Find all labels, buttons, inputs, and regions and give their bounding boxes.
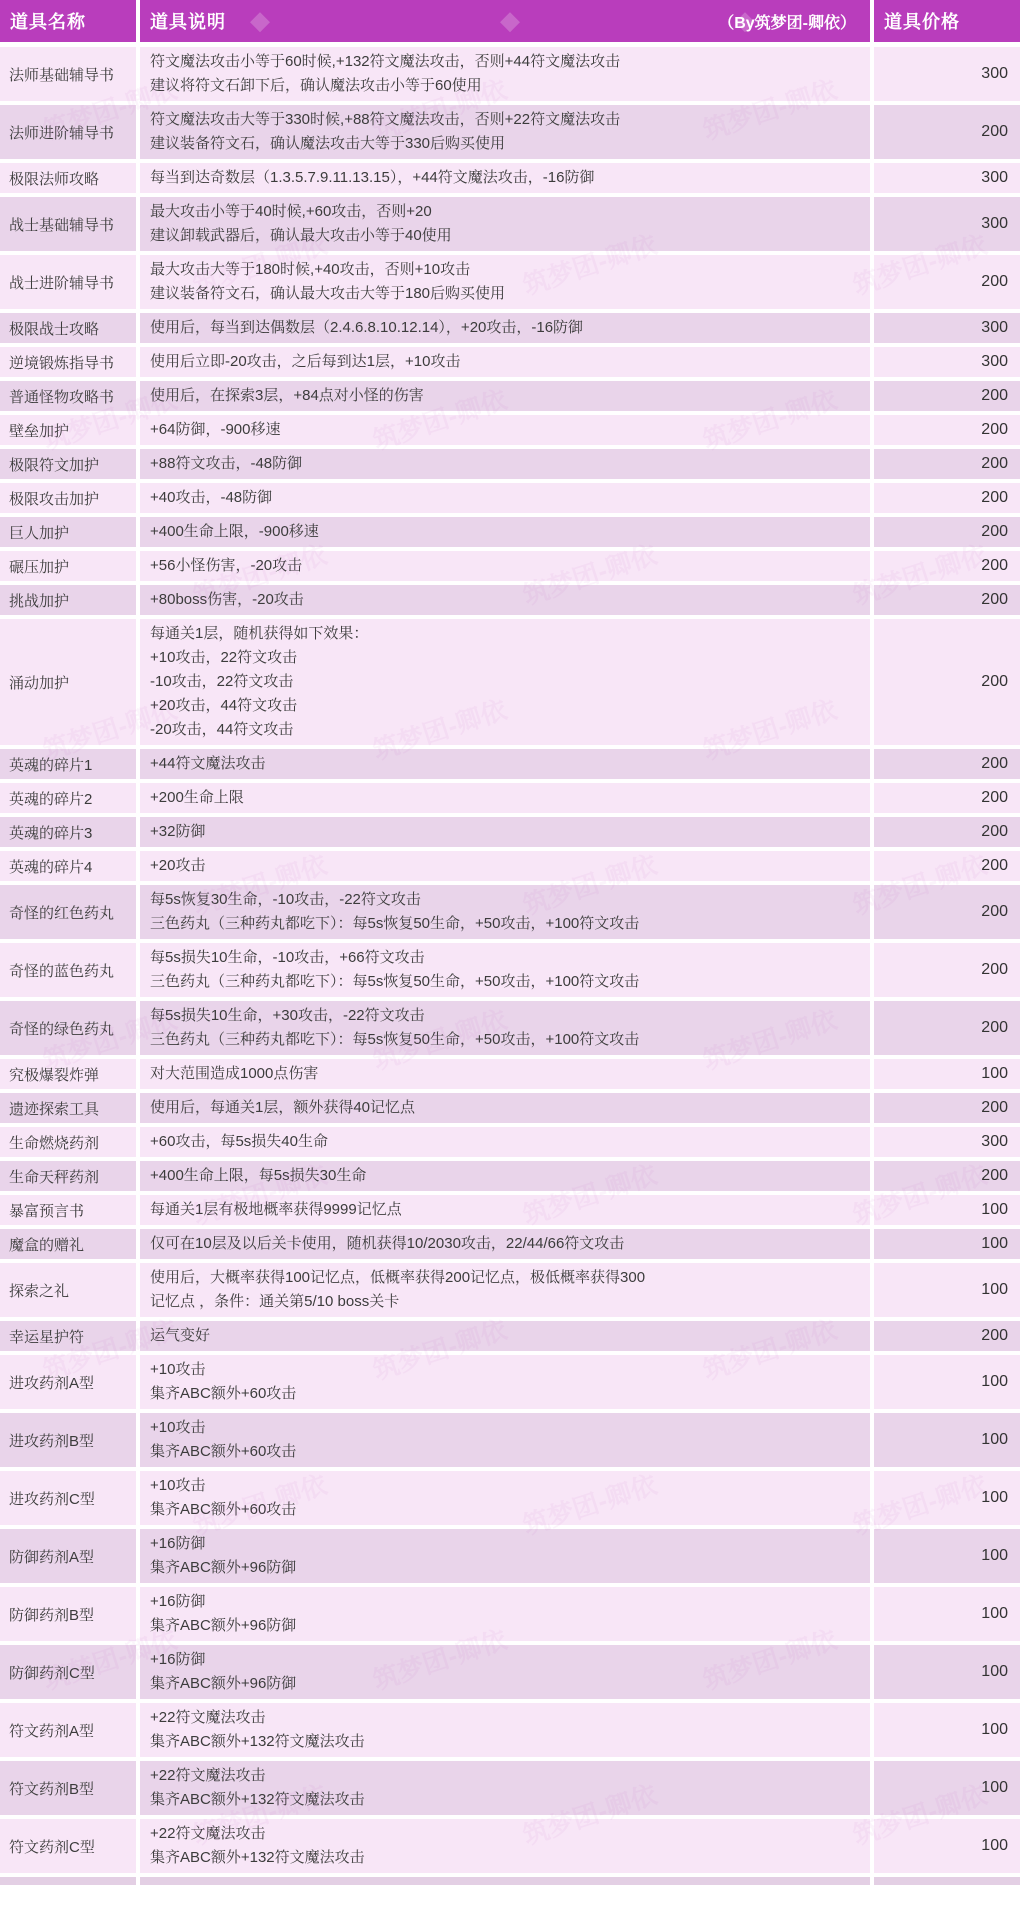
- table-row: 英魂的碎片2+200生命上限200: [0, 783, 1020, 813]
- item-name: 挑战加护: [0, 585, 136, 615]
- table-row: 法师基础辅导书符文魔法攻击小等于60时候,+132符文魔法攻击，否则+44符文魔…: [0, 47, 1020, 101]
- item-description: +32防御: [140, 817, 870, 847]
- item-description: 每5s恢复30生命，-10攻击，-22符文攻击三色药丸（三种药丸都吃下）：每5s…: [140, 885, 870, 939]
- item-description-line: -10攻击，22符文攻击: [150, 670, 860, 694]
- table-row: 英魂的碎片4+20攻击200: [0, 851, 1020, 881]
- item-description-line: 每通关1层有极地概率获得9999记忆点: [150, 1198, 860, 1222]
- table-row: 极限战士攻略使用后，每当到达偶数层（2.4.6.8.10.12.14），+20攻…: [0, 313, 1020, 343]
- item-name: 涌动加护: [0, 619, 136, 745]
- item-description-line: +60攻击，每5s损失40生命: [150, 1130, 860, 1154]
- item-price: 100: [874, 1229, 1020, 1259]
- item-description-line: +64防御，-900移速: [150, 418, 860, 442]
- item-description: 使用后，大概率获得100记忆点，低概率获得200记忆点，极低概率获得300记忆点…: [140, 1263, 870, 1317]
- item-description-line: 仅可在10层及以后关卡使用，随机获得10/2030攻击，22/44/66符文攻击: [150, 1232, 860, 1256]
- item-price-table-page: 道具名称 道具说明 （By筑梦团-卿依） 道具价格 法师基础辅导书符文魔法攻击小…: [0, 0, 1020, 1885]
- item-name: 符文药剂B型: [0, 1761, 136, 1815]
- item-description: +10攻击集齐ABC额外+60攻击: [140, 1413, 870, 1467]
- cutoff-price-cell: [874, 1877, 1020, 1885]
- item-price: 200: [874, 1321, 1020, 1351]
- item-description-line: +10攻击，22符文攻击: [150, 646, 860, 670]
- item-name: 逆境锻炼指导书: [0, 347, 136, 377]
- table-row: 幸运星护符运气变好200: [0, 1321, 1020, 1351]
- item-description-line: +16防御: [150, 1590, 860, 1614]
- item-name: 防御药剂B型: [0, 1587, 136, 1641]
- item-description: +22符文魔法攻击集齐ABC额外+132符文魔法攻击: [140, 1703, 870, 1757]
- item-name: 奇怪的绿色药丸: [0, 1001, 136, 1055]
- item-name: 普通怪物攻略书: [0, 381, 136, 411]
- item-name: 英魂的碎片1: [0, 749, 136, 779]
- item-name: 符文药剂A型: [0, 1703, 136, 1757]
- table-row: 魔盒的赠礼仅可在10层及以后关卡使用，随机获得10/2030攻击，22/44/6…: [0, 1229, 1020, 1259]
- item-description: +88符文攻击，-48防御: [140, 449, 870, 479]
- item-name: 英魂的碎片2: [0, 783, 136, 813]
- item-description: 使用后，每通关1层，额外获得40记忆点: [140, 1093, 870, 1123]
- item-price: 100: [874, 1263, 1020, 1317]
- item-price: 300: [874, 313, 1020, 343]
- item-price: 200: [874, 551, 1020, 581]
- item-description-line: 集齐ABC额外+132符文魔法攻击: [150, 1846, 860, 1870]
- item-name: 壁垒加护: [0, 415, 136, 445]
- item-price: 100: [874, 1059, 1020, 1089]
- item-description-line: 最大攻击小等于40时候,+60攻击，否则+20: [150, 200, 860, 224]
- table-row: 涌动加护每通关1层，随机获得如下效果：+10攻击，22符文攻击-10攻击，22符…: [0, 619, 1020, 745]
- table-row: 探索之礼使用后，大概率获得100记忆点，低概率获得200记忆点，极低概率获得30…: [0, 1263, 1020, 1317]
- item-description-line: +10攻击: [150, 1474, 860, 1498]
- table-row: 极限攻击加护+40攻击，-48防御200: [0, 483, 1020, 513]
- table-row: 挑战加护+80boss伤害，-20攻击200: [0, 585, 1020, 615]
- table-row: 战士基础辅导书最大攻击小等于40时候,+60攻击，否则+20建议卸载武器后，确认…: [0, 197, 1020, 251]
- item-description-line: +20攻击，44符文攻击: [150, 694, 860, 718]
- table-row: 法师进阶辅导书符文魔法攻击大等于330时候,+88符文魔法攻击，否则+22符文魔…: [0, 105, 1020, 159]
- cutoff-desc-cell: [140, 1877, 870, 1885]
- item-description: +40攻击，-48防御: [140, 483, 870, 513]
- table-row: 战士进阶辅导书最大攻击大等于180时候,+40攻击，否则+10攻击建议装备符文石…: [0, 255, 1020, 309]
- item-description-line: 三色药丸（三种药丸都吃下）：每5s恢复50生命，+50攻击，+100符文攻击: [150, 970, 860, 994]
- table-row: 生命天秤药剂+400生命上限，每5s损失30生命200: [0, 1161, 1020, 1191]
- item-description-line: +20攻击: [150, 854, 860, 878]
- header-item-price: 道具价格: [874, 0, 1020, 42]
- item-description-line: 建议装备符文石，确认魔法攻击大等于330后购买使用: [150, 132, 860, 156]
- item-price: 100: [874, 1413, 1020, 1467]
- item-description-line: 集齐ABC额外+96防御: [150, 1672, 860, 1696]
- item-description: +200生命上限: [140, 783, 870, 813]
- item-description: +22符文魔法攻击集齐ABC额外+132符文魔法攻击: [140, 1761, 870, 1815]
- table-row: 壁垒加护+64防御，-900移速200: [0, 415, 1020, 445]
- item-description-line: 使用后，在探索3层，+84点对小怪的伤害: [150, 384, 860, 408]
- item-description: +10攻击集齐ABC额外+60攻击: [140, 1355, 870, 1409]
- item-description-line: +40攻击，-48防御: [150, 486, 860, 510]
- item-price: 200: [874, 415, 1020, 445]
- table-row: 奇怪的蓝色药丸每5s损失10生命，-10攻击，+66符文攻击三色药丸（三种药丸都…: [0, 943, 1020, 997]
- item-price: 200: [874, 851, 1020, 881]
- item-price: 300: [874, 197, 1020, 251]
- item-name: 魔盒的赠礼: [0, 1229, 136, 1259]
- item-price: 100: [874, 1195, 1020, 1225]
- item-description-line: -20攻击，44符文攻击: [150, 718, 860, 742]
- item-price: 200: [874, 817, 1020, 847]
- item-description: +20攻击: [140, 851, 870, 881]
- item-name: 进攻药剂A型: [0, 1355, 136, 1409]
- table-row: 防御药剂C型+16防御集齐ABC额外+96防御100: [0, 1645, 1020, 1699]
- table-row: 进攻药剂B型+10攻击集齐ABC额外+60攻击100: [0, 1413, 1020, 1467]
- item-description: 每通关1层，随机获得如下效果：+10攻击，22符文攻击-10攻击，22符文攻击+…: [140, 619, 870, 745]
- item-description: 仅可在10层及以后关卡使用，随机获得10/2030攻击，22/44/66符文攻击: [140, 1229, 870, 1259]
- item-description-line: 三色药丸（三种药丸都吃下）：每5s恢复50生命，+50攻击，+100符文攻击: [150, 912, 860, 936]
- item-name: 极限战士攻略: [0, 313, 136, 343]
- item-description: 使用后立即-20攻击，之后每到达1层，+10攻击: [140, 347, 870, 377]
- item-price: 200: [874, 1093, 1020, 1123]
- item-price: 200: [874, 449, 1020, 479]
- table-row: 英魂的碎片1+44符文魔法攻击200: [0, 749, 1020, 779]
- item-description-line: 集齐ABC额外+132符文魔法攻击: [150, 1788, 860, 1812]
- item-description-line: 每通关1层，随机获得如下效果：: [150, 622, 860, 646]
- item-price: 200: [874, 1161, 1020, 1191]
- item-price: 100: [874, 1355, 1020, 1409]
- item-description: 最大攻击小等于40时候,+60攻击，否则+20建议卸载武器后，确认最大攻击小等于…: [140, 197, 870, 251]
- item-description-line: 每5s损失10生命，+30攻击，-22符文攻击: [150, 1004, 860, 1028]
- item-price: 200: [874, 483, 1020, 513]
- table-row: 极限符文加护+88符文攻击，-48防御200: [0, 449, 1020, 479]
- table-row: 极限法师攻略每当到达奇数层（1.3.5.7.9.11.13.15），+44符文魔…: [0, 163, 1020, 193]
- item-description-line: 集齐ABC额外+132符文魔法攻击: [150, 1730, 860, 1754]
- item-name: 符文药剂C型: [0, 1819, 136, 1873]
- item-price: 200: [874, 783, 1020, 813]
- table-row: 符文药剂A型+22符文魔法攻击集齐ABC额外+132符文魔法攻击100: [0, 1703, 1020, 1757]
- item-description-line: 集齐ABC额外+96防御: [150, 1614, 860, 1638]
- item-description-line: +16防御: [150, 1532, 860, 1556]
- header-credit: （By筑梦团-卿依）: [718, 10, 856, 33]
- item-description-line: +22符文魔法攻击: [150, 1706, 860, 1730]
- item-description-line: +88符文攻击，-48防御: [150, 452, 860, 476]
- item-description: +16防御集齐ABC额外+96防御: [140, 1587, 870, 1641]
- item-description: +64防御，-900移速: [140, 415, 870, 445]
- item-description-line: 建议卸载武器后，确认最大攻击小等于40使用: [150, 224, 860, 248]
- table-row: 符文药剂C型+22符文魔法攻击集齐ABC额外+132符文魔法攻击100: [0, 1819, 1020, 1873]
- item-description: 每通关1层有极地概率获得9999记忆点: [140, 1195, 870, 1225]
- table-row: 进攻药剂A型+10攻击集齐ABC额外+60攻击100: [0, 1355, 1020, 1409]
- item-name: 暴富预言书: [0, 1195, 136, 1225]
- item-description-line: +10攻击: [150, 1358, 860, 1382]
- item-description-line: 每当到达奇数层（1.3.5.7.9.11.13.15），+44符文魔法攻击，-1…: [150, 166, 860, 190]
- item-price: 200: [874, 943, 1020, 997]
- item-description-line: 符文魔法攻击大等于330时候,+88符文魔法攻击，否则+22符文魔法攻击: [150, 108, 860, 132]
- item-description: 每5s损失10生命，-10攻击，+66符文攻击三色药丸（三种药丸都吃下）：每5s…: [140, 943, 870, 997]
- item-description-line: +22符文魔法攻击: [150, 1822, 860, 1846]
- item-price: 100: [874, 1529, 1020, 1583]
- item-name: 幸运星护符: [0, 1321, 136, 1351]
- item-description: 使用后，每当到达偶数层（2.4.6.8.10.12.14），+20攻击，-16防…: [140, 313, 870, 343]
- item-description: 每5s损失10生命，+30攻击，-22符文攻击三色药丸（三种药丸都吃下）：每5s…: [140, 1001, 870, 1055]
- item-description-line: 建议将符文石卸下后，确认魔法攻击小等于60使用: [150, 74, 860, 98]
- table-row: 进攻药剂C型+10攻击集齐ABC额外+60攻击100: [0, 1471, 1020, 1525]
- item-description: +16防御集齐ABC额外+96防御: [140, 1645, 870, 1699]
- item-price: 200: [874, 749, 1020, 779]
- item-description-line: 使用后立即-20攻击，之后每到达1层，+10攻击: [150, 350, 860, 374]
- item-description-line: +56小怪伤害，-20攻击: [150, 554, 860, 578]
- table-row: 生命燃烧药剂+60攻击，每5s损失40生命300: [0, 1127, 1020, 1157]
- item-name: 极限符文加护: [0, 449, 136, 479]
- item-description-line: 集齐ABC额外+60攻击: [150, 1498, 860, 1522]
- item-description: +22符文魔法攻击集齐ABC额外+132符文魔法攻击: [140, 1819, 870, 1873]
- item-name: 极限法师攻略: [0, 163, 136, 193]
- item-name: 究极爆裂炸弹: [0, 1059, 136, 1089]
- item-name: 碾压加护: [0, 551, 136, 581]
- item-description-line: 使用后，每通关1层，额外获得40记忆点: [150, 1096, 860, 1120]
- item-price: 200: [874, 381, 1020, 411]
- item-price: 100: [874, 1587, 1020, 1641]
- header-item-description-label: 道具说明: [150, 8, 226, 34]
- item-price: 200: [874, 517, 1020, 547]
- item-description-line: 三色药丸（三种药丸都吃下）：每5s恢复50生命，+50攻击，+100符文攻击: [150, 1028, 860, 1052]
- item-name: 战士进阶辅导书: [0, 255, 136, 309]
- item-name: 奇怪的红色药丸: [0, 885, 136, 939]
- cutoff-name-cell: [0, 1877, 136, 1885]
- item-price: 200: [874, 255, 1020, 309]
- item-description-line: +200生命上限: [150, 786, 860, 810]
- item-description: +80boss伤害，-20攻击: [140, 585, 870, 615]
- table-row: 奇怪的红色药丸每5s恢复30生命，-10攻击，-22符文攻击三色药丸（三种药丸都…: [0, 885, 1020, 939]
- item-name: 战士基础辅导书: [0, 197, 136, 251]
- item-name: 极限攻击加护: [0, 483, 136, 513]
- table-row: 奇怪的绿色药丸每5s损失10生命，+30攻击，-22符文攻击三色药丸（三种药丸都…: [0, 1001, 1020, 1055]
- item-description: 符文魔法攻击小等于60时候,+132符文魔法攻击，否则+44符文魔法攻击建议将符…: [140, 47, 870, 101]
- item-description-line: +80boss伤害，-20攻击: [150, 588, 860, 612]
- item-description: +60攻击，每5s损失40生命: [140, 1127, 870, 1157]
- header-item-description: 道具说明 （By筑梦团-卿依）: [140, 0, 870, 42]
- item-price: 200: [874, 619, 1020, 745]
- item-name: 法师进阶辅导书: [0, 105, 136, 159]
- item-description-line: +10攻击: [150, 1416, 860, 1440]
- item-price: 200: [874, 105, 1020, 159]
- item-description-line: 集齐ABC额外+96防御: [150, 1556, 860, 1580]
- item-description-line: +22符文魔法攻击: [150, 1764, 860, 1788]
- item-price: 200: [874, 885, 1020, 939]
- item-name: 进攻药剂B型: [0, 1413, 136, 1467]
- table-row: 普通怪物攻略书使用后，在探索3层，+84点对小怪的伤害200: [0, 381, 1020, 411]
- item-name: 生命天秤药剂: [0, 1161, 136, 1191]
- item-description-line: 集齐ABC额外+60攻击: [150, 1382, 860, 1406]
- item-description: 对大范围造成1000点伤害: [140, 1059, 870, 1089]
- item-description-line: 对大范围造成1000点伤害: [150, 1062, 860, 1086]
- item-description: 运气变好: [140, 1321, 870, 1351]
- item-name: 遗迹探索工具: [0, 1093, 136, 1123]
- table-row: 碾压加护+56小怪伤害，-20攻击200: [0, 551, 1020, 581]
- item-name: 探索之礼: [0, 1263, 136, 1317]
- item-price: 100: [874, 1645, 1020, 1699]
- item-name: 英魂的碎片4: [0, 851, 136, 881]
- item-price: 300: [874, 347, 1020, 377]
- item-price: 100: [874, 1819, 1020, 1873]
- table-row: 究极爆裂炸弹对大范围造成1000点伤害100: [0, 1059, 1020, 1089]
- item-description: +400生命上限，每5s损失30生命: [140, 1161, 870, 1191]
- table-row: 遗迹探索工具使用后，每通关1层，额外获得40记忆点200: [0, 1093, 1020, 1123]
- table-row: 防御药剂A型+16防御集齐ABC额外+96防御100: [0, 1529, 1020, 1583]
- item-name: 防御药剂C型: [0, 1645, 136, 1699]
- table-row: 符文药剂B型+22符文魔法攻击集齐ABC额外+132符文魔法攻击100: [0, 1761, 1020, 1815]
- table-row: 逆境锻炼指导书使用后立即-20攻击，之后每到达1层，+10攻击300: [0, 347, 1020, 377]
- item-name: 生命燃烧药剂: [0, 1127, 136, 1157]
- item-name: 英魂的碎片3: [0, 817, 136, 847]
- item-description: +44符文魔法攻击: [140, 749, 870, 779]
- item-description: 每当到达奇数层（1.3.5.7.9.11.13.15），+44符文魔法攻击，-1…: [140, 163, 870, 193]
- item-description-line: 运气变好: [150, 1324, 860, 1348]
- item-description: +400生命上限，-900移速: [140, 517, 870, 547]
- item-description-line: +44符文魔法攻击: [150, 752, 860, 776]
- table-row: 巨人加护+400生命上限，-900移速200: [0, 517, 1020, 547]
- item-price: 100: [874, 1471, 1020, 1525]
- item-name: 进攻药剂C型: [0, 1471, 136, 1525]
- item-description: +56小怪伤害，-20攻击: [140, 551, 870, 581]
- table-row: 英魂的碎片3+32防御200: [0, 817, 1020, 847]
- item-description-line: 建议装备符文石，确认最大攻击大等于180后购买使用: [150, 282, 860, 306]
- cutoff-row: [0, 1877, 1020, 1885]
- item-description-line: +16防御: [150, 1648, 860, 1672]
- item-price: 300: [874, 47, 1020, 101]
- item-description-line: 记忆点 ，条件：通关第5/10 boss关卡: [150, 1290, 860, 1314]
- table-row: 防御药剂B型+16防御集齐ABC额外+96防御100: [0, 1587, 1020, 1641]
- item-description-line: +400生命上限，-900移速: [150, 520, 860, 544]
- item-price: 100: [874, 1703, 1020, 1757]
- item-description-line: 符文魔法攻击小等于60时候,+132符文魔法攻击，否则+44符文魔法攻击: [150, 50, 860, 74]
- item-description: 最大攻击大等于180时候,+40攻击，否则+10攻击建议装备符文石，确认最大攻击…: [140, 255, 870, 309]
- item-price: 300: [874, 1127, 1020, 1157]
- item-price: 100: [874, 1761, 1020, 1815]
- item-description: 符文魔法攻击大等于330时候,+88符文魔法攻击，否则+22符文魔法攻击建议装备…: [140, 105, 870, 159]
- item-description-line: +400生命上限，每5s损失30生命: [150, 1164, 860, 1188]
- item-description: +16防御集齐ABC额外+96防御: [140, 1529, 870, 1583]
- item-price: 200: [874, 1001, 1020, 1055]
- item-description: 使用后，在探索3层，+84点对小怪的伤害: [140, 381, 870, 411]
- item-description-line: 使用后，大概率获得100记忆点，低概率获得200记忆点，极低概率获得300: [150, 1266, 860, 1290]
- item-description-line: 最大攻击大等于180时候,+40攻击，否则+10攻击: [150, 258, 860, 282]
- item-description-line: 集齐ABC额外+60攻击: [150, 1440, 860, 1464]
- table-body: 法师基础辅导书符文魔法攻击小等于60时候,+132符文魔法攻击，否则+44符文魔…: [0, 47, 1020, 1873]
- item-name: 奇怪的蓝色药丸: [0, 943, 136, 997]
- item-description-line: 每5s恢复30生命，-10攻击，-22符文攻击: [150, 888, 860, 912]
- item-name: 法师基础辅导书: [0, 47, 136, 101]
- item-price: 300: [874, 163, 1020, 193]
- item-description-line: 每5s损失10生命，-10攻击，+66符文攻击: [150, 946, 860, 970]
- table-header-row: 道具名称 道具说明 （By筑梦团-卿依） 道具价格: [0, 0, 1020, 42]
- item-description-line: +32防御: [150, 820, 860, 844]
- item-name: 防御药剂A型: [0, 1529, 136, 1583]
- item-price: 200: [874, 585, 1020, 615]
- header-item-name: 道具名称: [0, 0, 136, 42]
- item-description: +10攻击集齐ABC额外+60攻击: [140, 1471, 870, 1525]
- item-name: 巨人加护: [0, 517, 136, 547]
- table-row: 暴富预言书每通关1层有极地概率获得9999记忆点100: [0, 1195, 1020, 1225]
- item-description-line: 使用后，每当到达偶数层（2.4.6.8.10.12.14），+20攻击，-16防…: [150, 316, 860, 340]
